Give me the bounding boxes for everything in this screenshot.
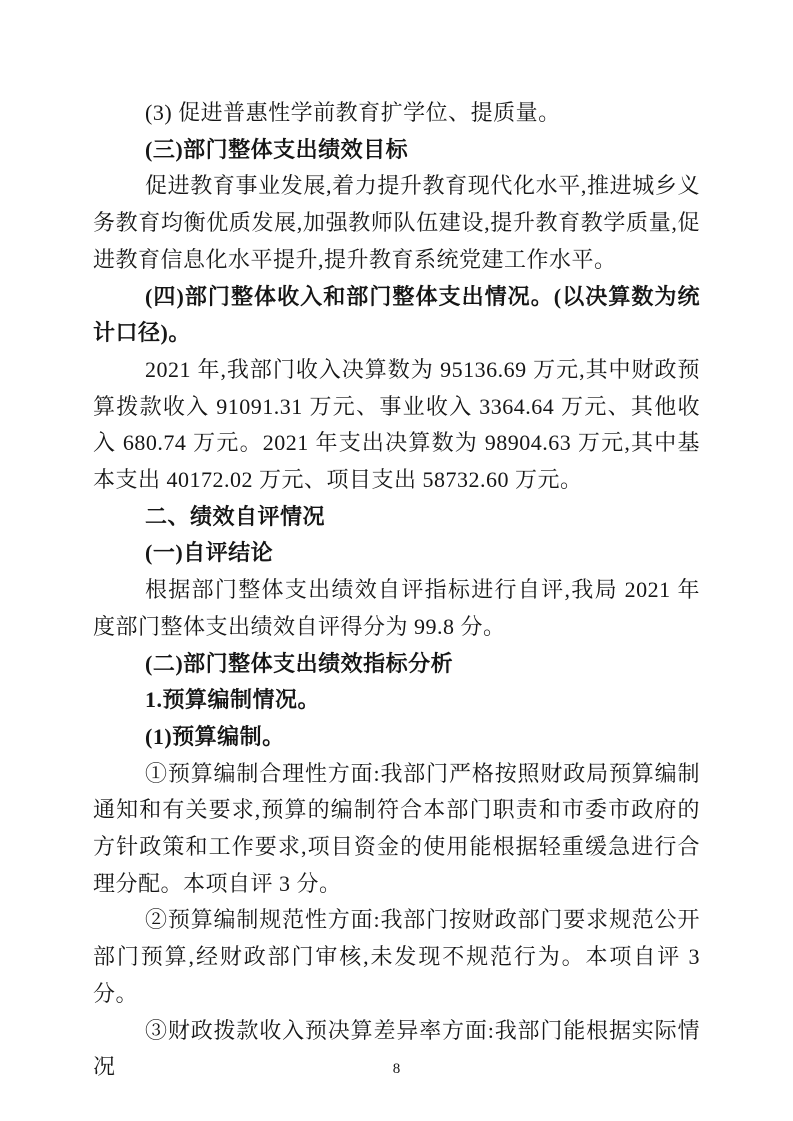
heading-chapter-2-self-evaluation: 二、绩效自评情况 [93,499,700,536]
heading-budget-preparation-item-1: (1)预算编制。 [93,719,700,756]
paragraph-budget-rationality: ①预算编制合理性方面:我部门严格按照财政局预算编制通知和有关要求,预算的编制符合… [93,756,700,903]
document-content: (3) 促进普惠性学前教育扩学位、提质量。 (三)部门整体支出绩效目标 促进教育… [93,95,700,1086]
heading-budget-preparation-status: 1.预算编制情况。 [93,682,700,719]
heading-subsection-1-conclusion: (一)自评结论 [93,535,700,572]
paragraph-performance-goal-body: 促进教育事业发展,着力提升教育现代化水平,推进城乡义务教育均衡优质发展,加强教师… [93,168,700,278]
paragraph-preschool-item-3: (3) 促进普惠性学前教育扩学位、提质量。 [93,95,700,132]
document-page: (3) 促进普惠性学前教育扩学位、提质量。 (三)部门整体支出绩效目标 促进教育… [0,0,793,1121]
heading-section-4-income-expenditure: (四)部门整体收入和部门整体支出情况。(以决算数为统计口径)。 [93,279,700,352]
paragraph-income-expenditure-figures: 2021 年,我部门收入决算数为 95136.69 万元,其中财政预算拨款收入 … [93,352,700,499]
paragraph-self-evaluation-score: 根据部门整体支出绩效自评指标进行自评,我局 2021 年度部门整体支出绩效自评得… [93,572,700,645]
page-number: 8 [0,1062,793,1077]
paragraph-budget-standardization: ②预算编制规范性方面:我部门按财政部门要求规范公开部门预算,经财政部门审核,未发… [93,902,700,1012]
heading-subsection-2-indicator-analysis: (二)部门整体支出绩效指标分析 [93,646,700,683]
heading-section-3-performance-goal: (三)部门整体支出绩效目标 [93,132,700,169]
